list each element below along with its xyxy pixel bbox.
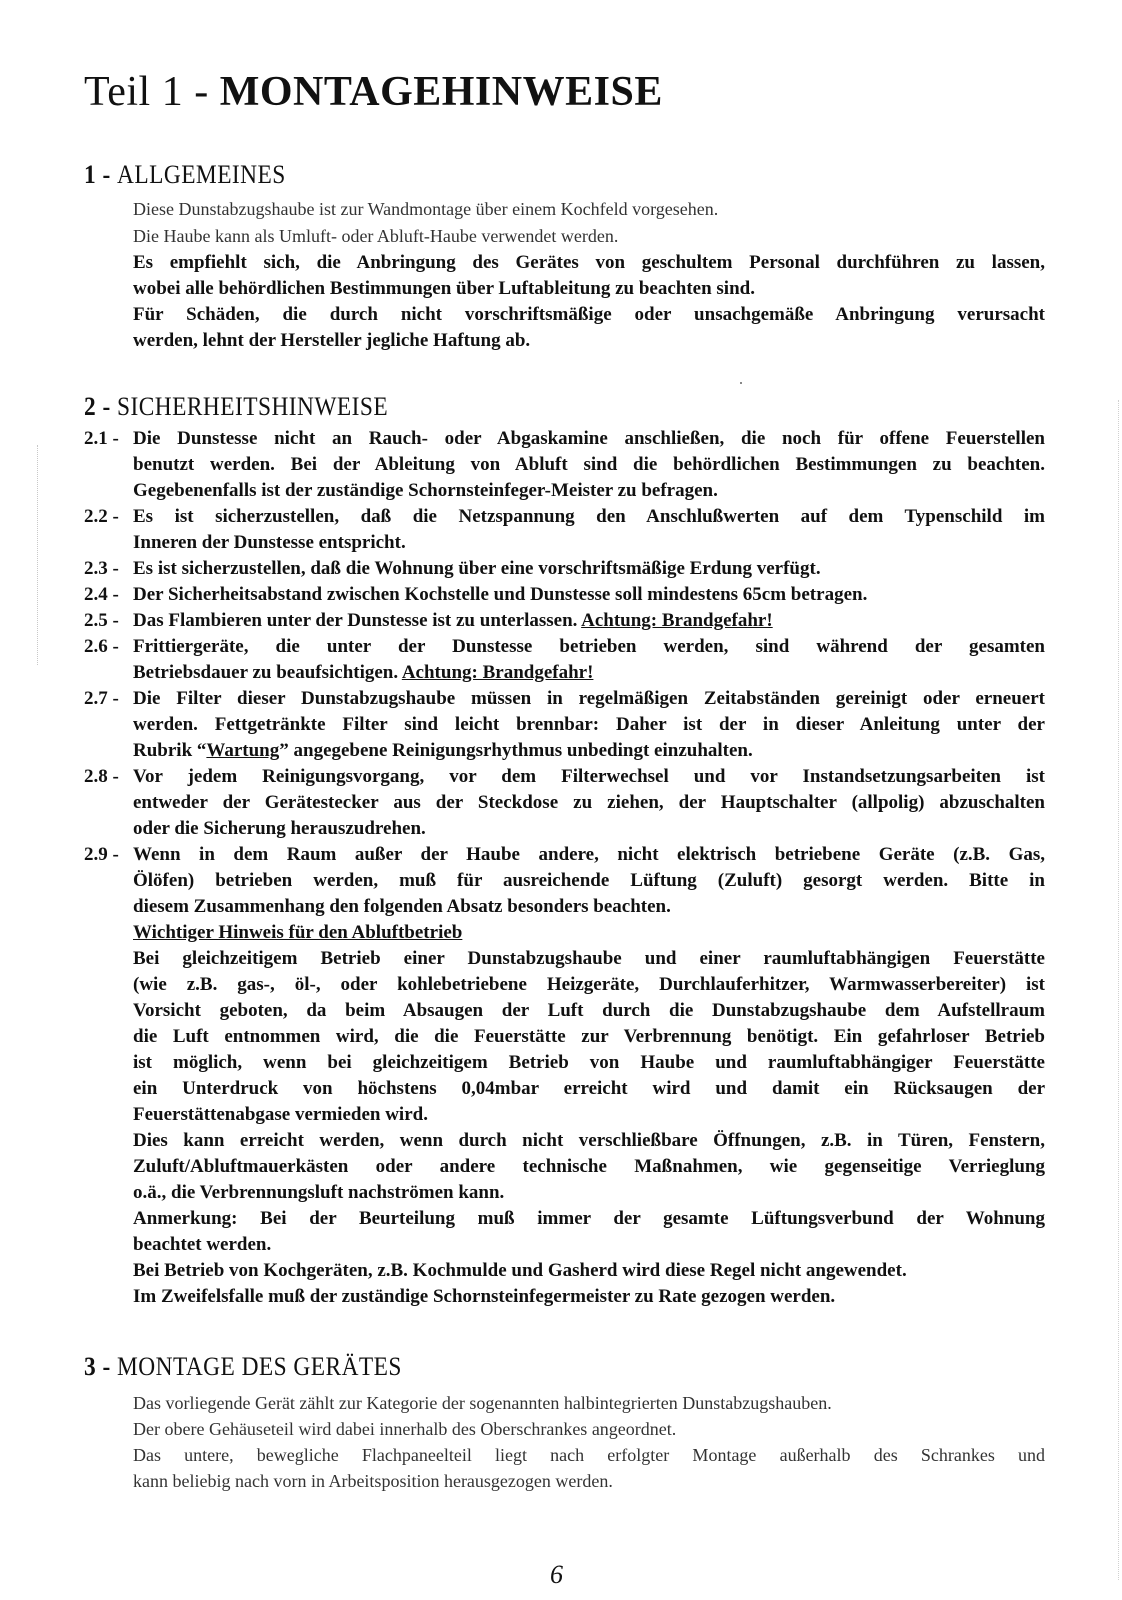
item-line: Wenn in dem Raum außer der Haube andere,… [133, 842, 1045, 868]
item-text: ” angegebene Reinigungsrhythmus unbeding… [279, 740, 753, 761]
item-line: Ölöfen) betrieben werden, muß für ausrei… [133, 868, 1045, 894]
section-number: 2 - [84, 392, 117, 421]
subheading-abluftbetrieb: Wichtiger Hinweis für den Abluftbetrieb [133, 920, 462, 946]
item-line: Es ist sicherzustellen, daß die Wohnung … [133, 556, 1045, 582]
paragraph-line: Das vorliegende Gerät zählt zur Kategori… [133, 1390, 1045, 1416]
wartung-reference: Wartung [206, 740, 279, 761]
item-number: 2.1 - [84, 426, 119, 452]
paragraph-line: Für Schäden, die durch nicht vorschrifts… [133, 302, 1045, 328]
title-main: MONTAGEHINWEISE [220, 69, 663, 115]
item-number: 2.8 - [84, 764, 119, 790]
item-line: Anmerkung: Bei der Beurteilung muß immer… [133, 1206, 1045, 1232]
scan-edge-mark [37, 445, 40, 665]
section-number: 3 - [84, 1352, 117, 1381]
section-title: ALLGEMEINES [117, 160, 286, 189]
item-line: Zuluft/Abluftmauerkästen oder andere tec… [133, 1154, 1045, 1180]
item-line: Betriebsdauer zu beaufsichtigen. Achtung… [133, 660, 1045, 686]
item-line: beachtet werden. [133, 1232, 1045, 1258]
title-prefix: Teil 1 - [84, 69, 220, 115]
item-line: ein Unterdruck von höchstens 0,04mbar er… [133, 1076, 1045, 1102]
item-line: ist möglich, wenn bei gleichzeitigem Bet… [133, 1050, 1045, 1076]
item-line: Feuerstättenabgase vermieden wird. [133, 1102, 1045, 1128]
paragraph-line: werden, lehnt der Hersteller jegliche Ha… [133, 328, 1045, 354]
item-line: Es ist sicherzustellen, daß die Netzspan… [133, 504, 1045, 530]
item-line: entweder der Gerätestecker aus der Steck… [133, 790, 1045, 816]
section-heading-sicherheitshinweise: 2 - SICHERHEITSHINWEISE [84, 392, 388, 422]
paragraph-line: Der obere Gehäuseteil wird dabei innerha… [133, 1416, 1045, 1442]
section-title: MONTAGE DES GERÄTES [117, 1352, 402, 1381]
item-line: o.ä., die Verbrennungsluft nachströmen k… [133, 1180, 1045, 1206]
item-line: Bei gleichzeitigem Betrieb einer Dunstab… [133, 946, 1045, 972]
item-number: 2.7 - [84, 686, 119, 712]
fire-warning: Achtung: Brandgefahr! [402, 662, 594, 683]
paragraph-line: kann beliebig nach vorn in Arbeitspositi… [133, 1468, 1045, 1494]
document-page: Teil 1 - MONTAGEHINWEISE 1 - ALLGEMEINES… [0, 0, 1122, 1600]
section-title: SICHERHEITSHINWEISE [117, 392, 388, 421]
paragraph-line: Die Haube kann als Umluft- oder Abluft-H… [133, 223, 1045, 249]
item-line: Vorsicht geboten, da beim Absaugen der L… [133, 998, 1045, 1024]
paragraph-line: Das untere, bewegliche Flachpaneelteil l… [133, 1442, 1045, 1468]
scan-edge-mark-right [1118, 400, 1121, 1580]
item-line: benutzt werden. Bei der Ableitung von Ab… [133, 452, 1045, 478]
item-number: 2.4 - [84, 582, 119, 608]
item-line: Der Sicherheitsabstand zwischen Kochstel… [133, 582, 1045, 608]
section-number: 1 - [84, 160, 117, 189]
item-line: Das Flambieren unter der Dunstesse ist z… [133, 608, 1045, 634]
item-line: Im Zweifelsfalle muß der zuständige Scho… [133, 1284, 1045, 1310]
item-line: Bei Betrieb von Kochgeräten, z.B. Kochmu… [133, 1258, 1045, 1284]
item-line: werden. Fettgetränkte Filter sind leicht… [133, 712, 1045, 738]
item-number: 2.9 - [84, 842, 119, 868]
item-text: Betriebsdauer zu beaufsichtigen. [133, 662, 402, 683]
page-number: 6 [550, 1560, 563, 1590]
item-line: (wie z.B. gas-, öl-, oder kohlebetrieben… [133, 972, 1045, 998]
item-line: oder die Sicherung herauszudrehen. [133, 816, 1045, 842]
section-heading-montage: 3 - MONTAGE DES GERÄTES [84, 1352, 402, 1382]
fire-warning: Achtung: Brandgefahr! [581, 610, 773, 631]
item-line: Die Filter dieser Dunstabzugshaube müsse… [133, 686, 1045, 712]
item-line: Inneren der Dunstesse entspricht. [133, 530, 1045, 556]
item-line: Frittiergeräte, die unter der Dunstesse … [133, 634, 1045, 660]
item-text: Das Flambieren unter der Dunstesse ist z… [133, 610, 581, 631]
item-line: Gegebenenfalls ist der zuständige Schorn… [133, 478, 1045, 504]
item-number: 2.2 - [84, 504, 119, 530]
item-line: diesem Zusammenhang den folgenden Absatz… [133, 894, 1045, 920]
item-line: Dies kann erreicht werden, wenn durch ni… [133, 1128, 1045, 1154]
paragraph-line: Es empfiehlt sich, die Anbringung des Ge… [133, 250, 1045, 276]
item-line: Die Dunstesse nicht an Rauch- oder Abgas… [133, 426, 1045, 452]
page-title: Teil 1 - MONTAGEHINWEISE [84, 68, 663, 116]
item-line: die Luft entnommen wird, die die Feuerst… [133, 1024, 1045, 1050]
item-text: Rubrik “ [133, 740, 206, 761]
section-heading-allgemeines: 1 - ALLGEMEINES [84, 160, 286, 190]
item-line: Vor jedem Reinigungsvorgang, vor dem Fil… [133, 764, 1045, 790]
scan-speck [740, 382, 742, 384]
item-line: Rubrik “Wartung” angegebene Reinigungsrh… [133, 738, 1045, 764]
item-number: 2.5 - [84, 608, 119, 634]
paragraph-line: wobei alle behördlichen Bestimmungen übe… [133, 276, 1045, 302]
item-number: 2.3 - [84, 556, 119, 582]
item-number: 2.6 - [84, 634, 119, 660]
paragraph-line: Diese Dunstabzugshaube ist zur Wandmonta… [133, 196, 1045, 222]
